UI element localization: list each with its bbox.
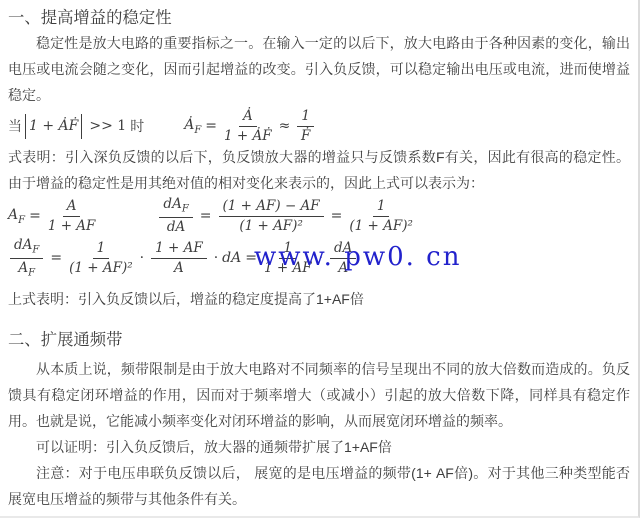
denominator: 1 + AF xyxy=(264,259,312,276)
formula-row-relative-change: dAF AF = 1 (1 + AF)² · 1 + AF A · dA = 1… xyxy=(8,236,630,280)
denominator: A xyxy=(174,259,184,276)
fraction-1plusAF-over-A: 1 + AF A xyxy=(151,241,207,276)
denominator: (1 + AF)² xyxy=(239,217,303,234)
numerator: 1 xyxy=(373,199,390,217)
numerator: (1 + AF) − AF xyxy=(219,199,324,217)
numerator: dA xyxy=(330,241,356,259)
numerator: dAF xyxy=(10,238,43,259)
closed-loop-gain-symbol: ȦF xyxy=(184,117,201,136)
paragraph-bandwidth-note: 注意：对于电压串联负反馈以后， 展宽的是电压增益的频带(1+ AF倍)。对于其他… xyxy=(8,460,630,512)
abs-content: 1 + ȦḞ xyxy=(29,118,78,134)
denominator: (1 + AF)² xyxy=(349,217,413,234)
formula-row-derivative: AF = A 1 + AF dAF dA = (1 + AF) − AF (1 … xyxy=(8,196,630,236)
subscript-F: F xyxy=(32,245,39,256)
subscript-F: F xyxy=(194,124,201,135)
equals-sign: = xyxy=(200,208,212,224)
multiply-dot: · xyxy=(319,250,323,266)
denominator: dA xyxy=(167,218,185,235)
much-greater-than: >> 1 xyxy=(89,118,126,134)
paragraph-stability-conclusion: 上式表明：引入负反馈以后，增益的稳定度提高了1+AF倍 xyxy=(8,286,630,312)
abs-bar-left xyxy=(25,114,26,139)
fraction-1-over-1plusAF-squared: 1 (1 + AF)² xyxy=(349,199,413,234)
numerator: 1 xyxy=(297,109,314,127)
equals-sign: = xyxy=(29,208,41,224)
numerator: 1 xyxy=(93,241,110,259)
numerator: A xyxy=(63,199,81,217)
numerator: 1 + AF xyxy=(151,241,207,259)
subscript-F: F xyxy=(182,204,189,215)
numerator: 1 xyxy=(279,241,296,259)
fraction-dAF-over-AF: dAF AF xyxy=(10,238,43,278)
formula-deep-feedback-condition: 当 1 + ȦḞ >> 1 时 ȦF = Ȧ 1 + ȦḞ ≈ 1 Ḟ xyxy=(8,108,630,144)
dA-term: dA xyxy=(222,250,241,266)
formula-prefix-text: 当 xyxy=(8,116,22,136)
denominator: AF xyxy=(18,259,35,279)
fraction-1-over-1plusAF-squared: 1 (1 + AF)² xyxy=(69,241,133,276)
denominator: (1 + AF)² xyxy=(69,259,133,276)
section2-title: 二、扩展通频带 xyxy=(8,330,630,350)
paragraph-stability-intro: 稳定性是放大电路的重要指标之一。在输入一定的以后下，放大电路由于各种因素的变化，… xyxy=(8,30,630,108)
abs-bar-right xyxy=(81,114,82,139)
fraction-dA-over-A: dA A xyxy=(330,241,356,276)
closed-loop-gain-symbol: AF xyxy=(8,207,25,226)
paragraph-bandwidth-proof: 可以证明：引入负反馈后，放大器的通频带扩展了1+AF倍 xyxy=(8,434,630,460)
multiply-dot: · xyxy=(140,250,144,266)
denominator: Ḟ xyxy=(301,127,310,144)
equals-sign: = xyxy=(331,208,343,224)
fraction-A-over-1plusAF: A 1 + AF xyxy=(48,199,96,234)
subscript-F: F xyxy=(28,267,35,278)
multiply-dot: · xyxy=(214,250,218,266)
approx-sign: ≈ xyxy=(279,118,291,134)
denominator: 1 + AF xyxy=(48,217,96,234)
fraction-expansion: (1 + AF) − AF (1 + AF)² xyxy=(219,199,324,234)
denominator: 1 + ȦḞ xyxy=(224,127,272,144)
equals-sign: = xyxy=(205,118,217,134)
fraction-A-over-1plusAF: Ȧ 1 + ȦḞ xyxy=(224,109,272,144)
formula-suffix-text: 时 xyxy=(130,116,144,136)
fraction-1-over-F: 1 Ḟ xyxy=(297,109,314,144)
section1-title: 一、提高增益的稳定性 xyxy=(8,8,630,28)
document-page: 一、提高增益的稳定性 稳定性是放大电路的重要指标之一。在输入一定的以后下，放大电… xyxy=(0,0,640,518)
subscript-F: F xyxy=(18,214,25,225)
paragraph-deep-feedback-explanation: 式表明：引入深负反馈的以后下，负反馈放大器的增益只与反馈系数F有关，因此有很高的… xyxy=(8,144,630,196)
fraction-1-over-1plusAF: 1 1 + AF xyxy=(264,241,312,276)
paragraph-bandwidth-explanation: 从本质上说，频带限制是由于放大电路对不同频率的信号呈现出不同的放大倍数而造成的。… xyxy=(8,356,630,434)
equals-sign: = xyxy=(50,250,62,266)
numerator: Ȧ xyxy=(239,109,257,127)
equals-sign: = xyxy=(245,250,257,266)
fraction-dAF-over-dA: dAF dA xyxy=(159,197,192,235)
denominator: A xyxy=(338,259,348,276)
numerator: dAF xyxy=(159,197,192,218)
